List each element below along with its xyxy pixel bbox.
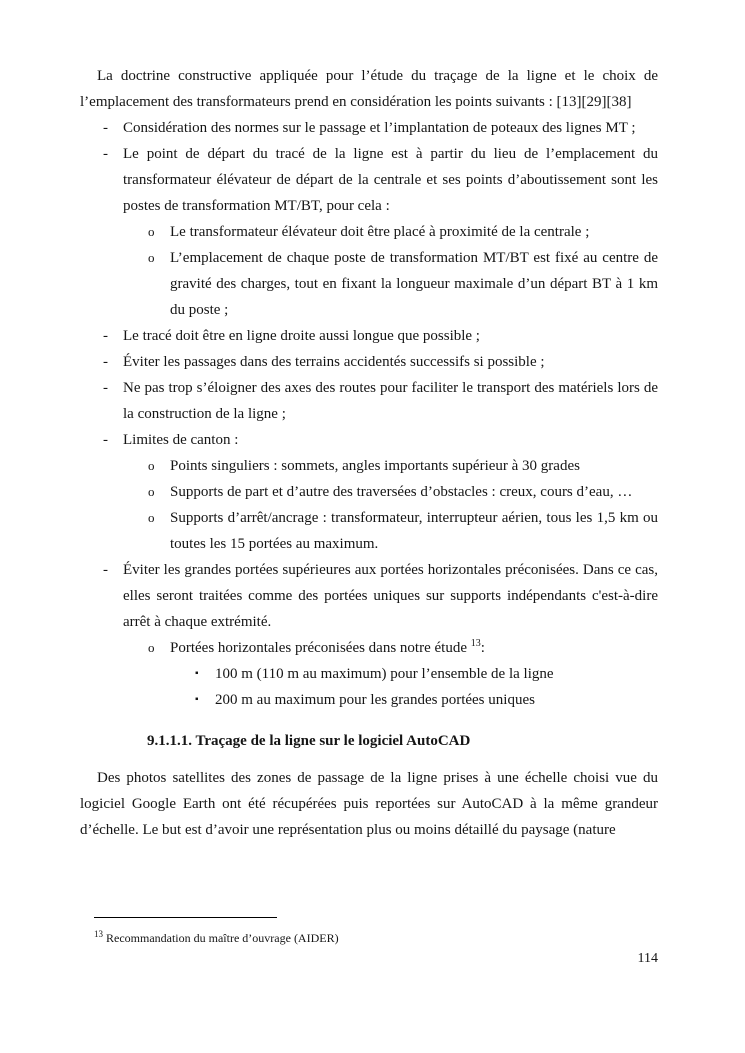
dash-bullet: - (103, 427, 108, 453)
footnote-separator (94, 917, 277, 918)
list-item-text: Éviter les passages dans des terrains ac… (123, 354, 545, 370)
list-item: o Points singuliers : sommets, angles im… (80, 453, 658, 479)
list-item: - Le tracé doit être en ligne droite aus… (80, 323, 658, 349)
list-item-text: Supports de part et d’autre des traversé… (170, 484, 632, 500)
list-item-text: Le point de départ du tracé de la ligne … (123, 146, 658, 214)
circle-bullet: o (148, 635, 155, 661)
list-item: o L’emplacement de chaque poste de trans… (80, 245, 658, 323)
list-item-text: Supports d’arrêt/ancrage : transformateu… (170, 510, 658, 552)
body-paragraph: Des photos satellites des zones de passa… (80, 765, 658, 843)
dash-bullet: - (103, 141, 108, 167)
list-item-text: Ne pas trop s’éloigner des axes des rout… (123, 380, 658, 422)
list-item-text: Limites de canton : (123, 432, 238, 448)
footnote-reference: 13 (471, 638, 481, 649)
list-item: - Éviter les passages dans des terrains … (80, 349, 658, 375)
list-item: - Ne pas trop s’éloigner des axes des ro… (80, 375, 658, 427)
list-item: - Considération des normes sur le passag… (80, 115, 658, 141)
list-item-text: Portées horizontales préconisées dans no… (170, 640, 471, 656)
section-heading: 9.1.1.1. Traçage de la ligne sur le logi… (147, 728, 658, 754)
document-page: La doctrine constructive appliquée pour … (0, 0, 745, 1053)
list-item-text: Points singuliers : sommets, angles impo… (170, 458, 580, 474)
list-item: - Éviter les grandes portées supérieures… (80, 557, 658, 635)
dash-bullet: - (103, 349, 108, 375)
dash-bullet: - (103, 115, 108, 141)
square-bullet: ▪ (195, 687, 199, 713)
list-item: o Supports de part et d’autre des traver… (80, 479, 658, 505)
circle-bullet: o (148, 505, 155, 531)
list-item: o Supports d’arrêt/ancrage : transformat… (80, 505, 658, 557)
list-item: ▪ 100 m (110 m au maximum) pour l’ensemb… (80, 661, 658, 687)
dash-bullet: - (103, 375, 108, 401)
square-bullet: ▪ (195, 661, 199, 687)
list-item-text: Le transformateur élévateur doit être pl… (170, 224, 589, 240)
list-item-text: Considération des normes sur le passage … (123, 120, 636, 136)
dash-bullet: - (103, 323, 108, 349)
list-item-text: 200 m au maximum pour les grandes portée… (215, 692, 535, 708)
list-item-text: : (481, 640, 485, 656)
list-item-with-footnote-ref: o Portées horizontales préconisées dans … (80, 635, 658, 661)
list-item-text: L’emplacement de chaque poste de transfo… (170, 250, 658, 318)
circle-bullet: o (148, 479, 155, 505)
list-item: - Limites de canton : (80, 427, 658, 453)
circle-bullet: o (148, 219, 155, 245)
circle-bullet: o (148, 245, 155, 271)
footnote-marker: 13 (94, 929, 103, 939)
page-number: 114 (638, 949, 658, 969)
list-item: o Le transformateur élévateur doit être … (80, 219, 658, 245)
footnote-text: Recommandation du maître d’ouvrage (AIDE… (106, 931, 339, 945)
footnote-area: 13 Recommandation du maître d’ouvrage (A… (94, 917, 658, 948)
list-item: - Le point de départ du tracé de la lign… (80, 141, 658, 219)
list-item-text: 100 m (110 m au maximum) pour l’ensemble… (215, 666, 554, 682)
list-item: ▪ 200 m au maximum pour les grandes port… (80, 687, 658, 713)
dash-bullet: - (103, 557, 108, 583)
list-item-text: Éviter les grandes portées supérieures a… (123, 562, 658, 630)
intro-paragraph: La doctrine constructive appliquée pour … (80, 63, 658, 115)
footnote: 13 Recommandation du maître d’ouvrage (A… (94, 928, 658, 948)
list-item-text: Le tracé doit être en ligne droite aussi… (123, 328, 480, 344)
page-content: La doctrine constructive appliquée pour … (80, 63, 658, 843)
circle-bullet: o (148, 453, 155, 479)
